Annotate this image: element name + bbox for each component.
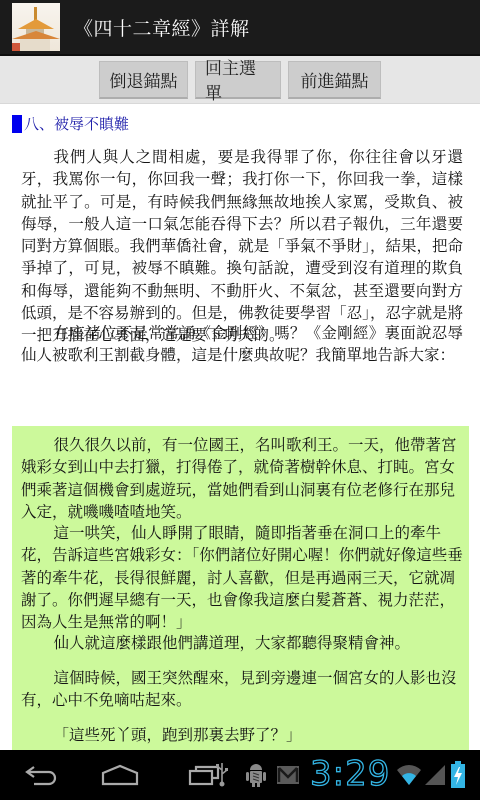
anchor-marker (12, 115, 22, 133)
android-debug-icon (246, 762, 266, 792)
battery-charging-icon (451, 761, 465, 793)
story-paragraph: 這一哄笑，仙人睜開了眼睛，隨即指著垂在洞口上的牽牛花，告訴這些宮娥彩女：「你們諸… (21, 522, 463, 633)
home-icon[interactable] (96, 750, 144, 800)
status-clock: 3:29 (310, 754, 390, 794)
story-paragraph: 這個時候，國王突然醒來，見到旁邊連一個宮女的人影也沒有，心中不免嘀咕起來。 (21, 667, 463, 712)
paragraph: 在座諸位不是常常誦《金剛經》嗎？《金剛經》裏面說忍辱仙人被歌利王割截身體，這是什… (21, 322, 463, 367)
paragraph: 我們人與人之間相處，要是我得罪了你，你往往會以牙還牙，我罵你一句，你回我一聲；我… (21, 146, 463, 347)
main-menu-button[interactable]: 回主選單 (195, 61, 281, 99)
usb-debug-icon (216, 762, 228, 792)
temple-app-icon[interactable] (12, 3, 60, 51)
story-paragraph: 仙人就這麼樣跟他們講道理，大家都聽得聚精會神。 (21, 632, 463, 654)
story-paragraph: 「這些死丫頭，跑到那裏去野了？」 (21, 724, 463, 746)
gmail-icon (276, 765, 300, 789)
forward-anchor-button[interactable]: 前進錨點 (288, 61, 381, 99)
wifi-icon (396, 764, 422, 790)
signal-icon (424, 764, 446, 790)
story-paragraph: 很久很久以前，有一位國王，名叫歌利王。一天，他帶著宮娥彩女到山中去打獵，打得倦了… (21, 434, 463, 523)
anchor-toolbar: 倒退錨點 回主選單 前進錨點 (0, 56, 480, 104)
section-heading-text: 八、被辱不瞋難 (24, 113, 129, 134)
article-content[interactable]: 八、被辱不瞋難 我們人與人之間相處，要是我得罪了你，你往往會以牙還牙，我罵你一句… (0, 104, 480, 750)
action-bar: 《四十二章經》詳解 (0, 0, 480, 56)
app-title: 《四十二章經》詳解 (74, 14, 250, 41)
back-anchor-button[interactable]: 倒退錨點 (99, 61, 188, 99)
section-heading: 八、被辱不瞋難 (12, 113, 129, 134)
story-box: 很久很久以前，有一位國王，名叫歌利王。一天，他帶著宮娥彩女到山中去打獵，打得倦了… (12, 426, 469, 750)
back-icon[interactable] (18, 750, 66, 800)
system-bar: 3:29 (0, 750, 480, 800)
